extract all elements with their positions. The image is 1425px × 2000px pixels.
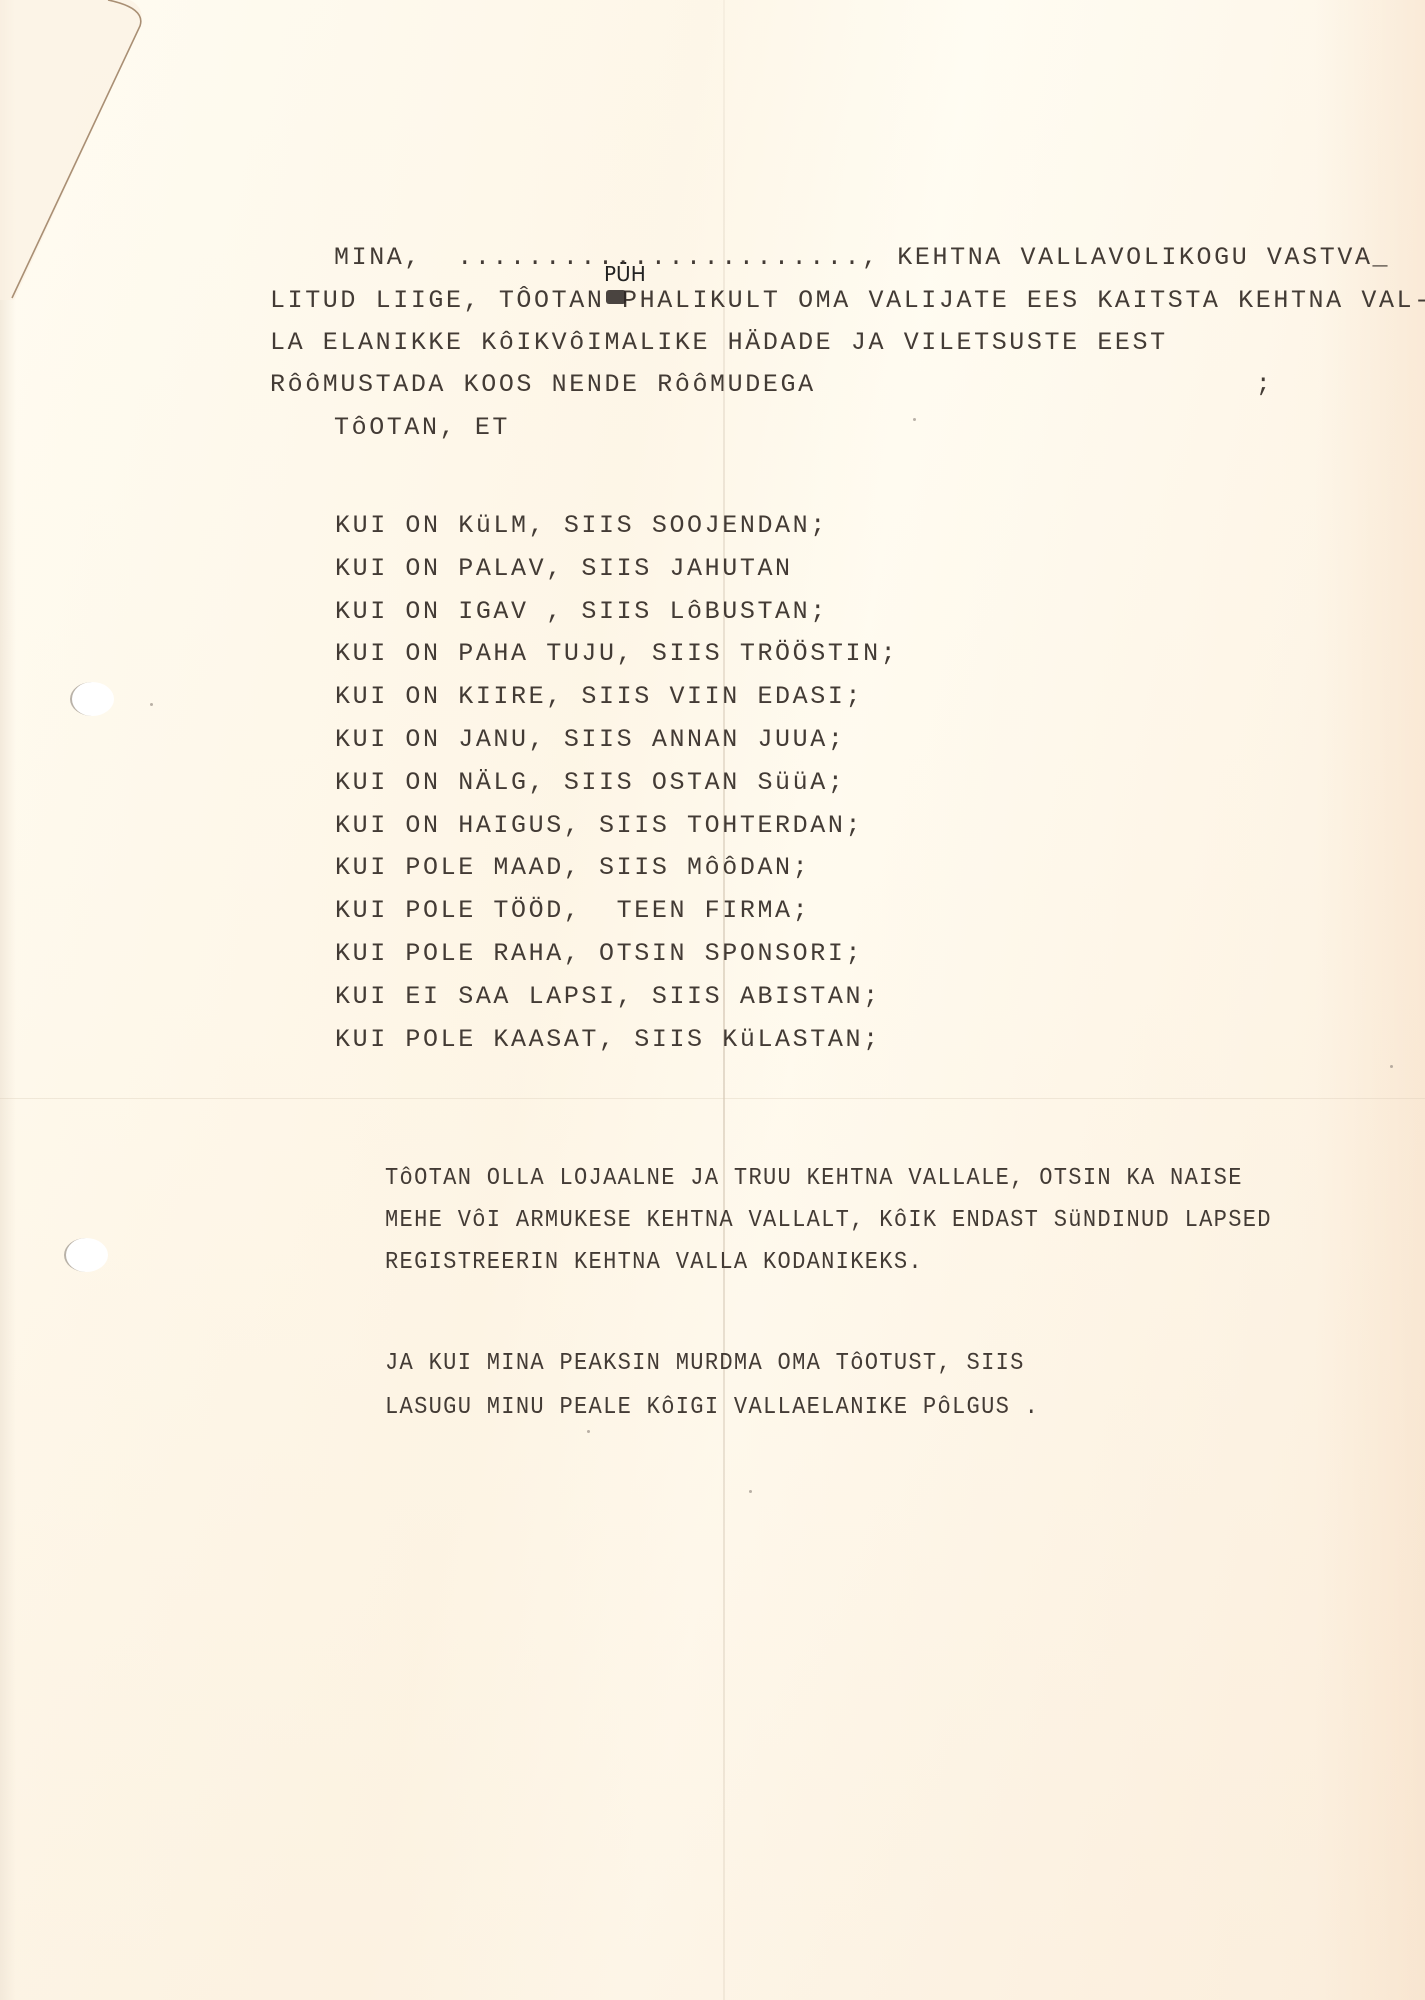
pledge-line: KUI POLE KAASAT, SIIS KüLASTAN;	[335, 1025, 881, 1055]
pledge-line: KUI POLE TÖÖD, TEEN FIRMA;	[335, 896, 810, 926]
ink-speck	[150, 703, 153, 706]
pledge-line: KUI ON JANU, SIIS ANNAN JUUA;	[335, 725, 845, 755]
pledge-line: KUI ON PALAV, SIIS JAHUTAN	[335, 554, 793, 584]
pledge-line: KUI ON KüLM, SIIS SOOJENDAN;	[335, 511, 828, 541]
punch-hole-top	[70, 682, 114, 716]
pledge-line: KUI ON KIIRE, SIIS VIIN EDASI;	[335, 682, 863, 712]
pledge-line: KUI ON PAHA TUJU, SIIS TRÖÖSTIN;	[335, 639, 898, 669]
loyalty-line-1: TôOTAN OLLA LOJAALNE JA TRUU KEHTNA VALL…	[385, 1164, 1243, 1194]
pledge-line: KUI POLE MAAD, SIIS MôôDAN;	[335, 853, 810, 883]
closing-line-2: LASUGU MINU PEALE KôIGI VALLAELANIKE PôL…	[385, 1393, 1039, 1423]
ink-speck	[1390, 1065, 1393, 1068]
loyalty-line-3: REGISTREERIN KEHTNA VALLA KODANIKEKS.	[385, 1248, 923, 1278]
header-line-3: LA ELANIKKE KôIKVôIMALIKE HÄDADE JA VILE…	[270, 328, 1168, 358]
horizontal-fold-line	[0, 1098, 1425, 1099]
header-line-1: MINA, ......................., KEHTNA VA…	[334, 243, 1390, 273]
header-line-2: LITUD LIIGE, TÔOTAN PHALIKULT OMA VALIJA…	[270, 286, 1425, 316]
pledge-line: KUI EI SAA LAPSI, SIIS ABISTAN;	[335, 982, 881, 1012]
loyalty-line-2: MEHE VôI ARMUKESE KEHTNA VALLALT, KôIK E…	[385, 1206, 1272, 1236]
ink-speck	[587, 1430, 590, 1433]
pledge-line: KUI ON HAIGUS, SIIS TOHTERDAN;	[335, 811, 863, 841]
pledge-line: KUI POLE RAHA, OTSIN SPONSORI;	[335, 939, 863, 969]
closing-line-1: JA KUI MINA PEAKSIN MURDMA OMA TôOTUST, …	[385, 1349, 1025, 1379]
ink-speck	[749, 1490, 752, 1493]
header-line-5: TôOTAN, ET	[334, 413, 510, 443]
pledge-line: KUI ON NÄLG, SIIS OSTAN SüüA;	[335, 768, 845, 798]
folded-corner	[0, 0, 150, 310]
punch-hole-bottom	[64, 1238, 108, 1272]
pledge-line: KUI ON IGAV , SIIS LôBUSTAN;	[335, 597, 828, 627]
strikeout-blot	[606, 290, 626, 304]
header-line-4: RôôMUSTADA KOOS NENDE RôôMUDEGA ;	[270, 370, 1273, 400]
handwritten-correction: PÜH	[604, 262, 646, 286]
ink-speck	[913, 418, 916, 421]
